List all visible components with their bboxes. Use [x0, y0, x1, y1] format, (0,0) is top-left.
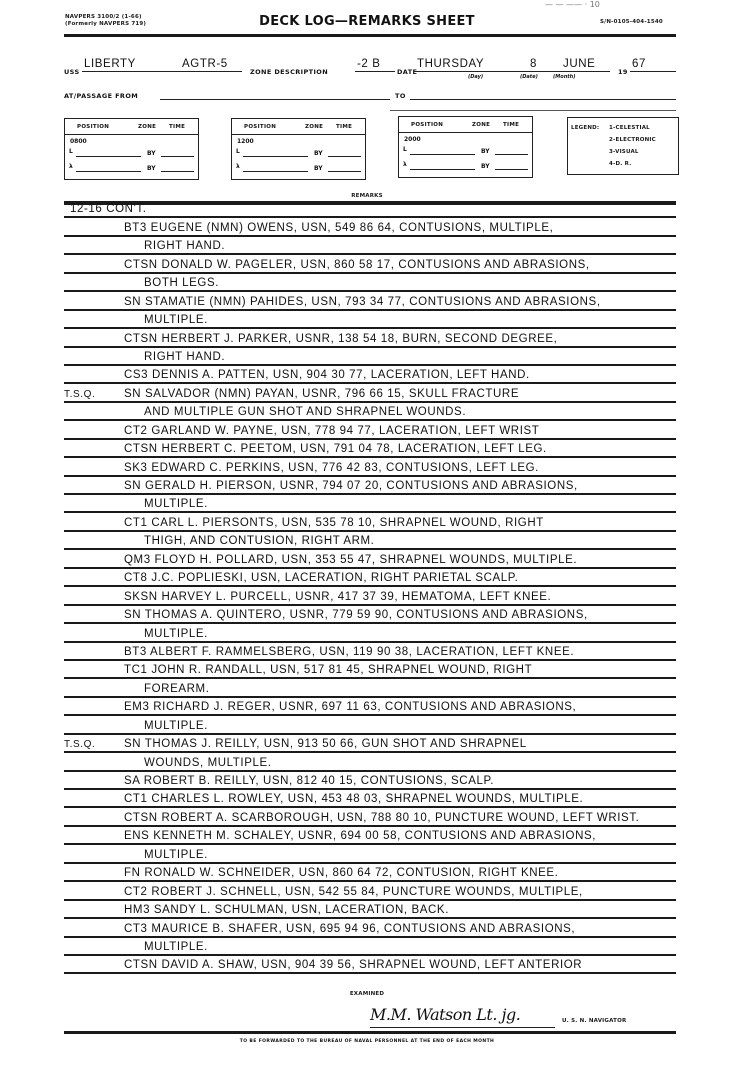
remark-line: TC1 JOHN R. RANDALL, USN, 517 81 45, SHR… [64, 661, 676, 679]
legend-box: LEGEND: 1-CELESTIAL 2-ELECTRONIC 3-VISUA… [567, 117, 679, 175]
remark-line: MULTIPLE. [64, 495, 676, 513]
year-value: 67 [632, 58, 646, 70]
remark-line: BOTH LEGS. [64, 274, 676, 292]
year-prefix: 19 [618, 68, 628, 76]
remark-text: SN THOMAS J. REILLY, USN, 913 50 66, GUN… [124, 738, 527, 750]
remark-line: RIGHT HAND. [64, 348, 676, 366]
stock-number: S/N-0105-404-1540 [600, 19, 663, 25]
remark-text: SN SALVADOR (NMN) PAYAN, USNR, 796 66 15… [124, 388, 519, 400]
remarks-heading: REMARKS [0, 193, 734, 199]
remark-line: CT3 MAURICE B. SHAFER, USN, 695 94 96, C… [64, 919, 676, 937]
position-box-0800: POSITION ZONE TIME 0800 LBY λBY [64, 118, 199, 180]
remark-text: RIGHT HAND. [144, 351, 225, 363]
remark-text: EM3 RICHARD J. REGER, USNR, 697 11 63, C… [124, 701, 576, 713]
remark-line: EM3 RICHARD J. REGER, USNR, 697 11 63, C… [64, 698, 676, 716]
remark-text: TC1 JOHN R. RANDALL, USN, 517 81 45, SHR… [124, 664, 532, 676]
remark-text: HM3 SANDY L. SCHULMAN, USN, LACERATION, … [124, 904, 449, 916]
remark-text: MULTIPLE. [144, 498, 208, 510]
passage-to-label: TO [395, 92, 406, 100]
remark-text: SN GERALD H. PIERSON, USNR, 794 07 20, C… [124, 480, 578, 492]
position-box-2000: POSITION ZONE TIME 2000 LBY λBY [398, 116, 533, 178]
remark-text: MULTIPLE. [144, 314, 208, 326]
examined-label: EXAMINED [0, 991, 734, 997]
legend-item: 2-ELECTRONIC [609, 137, 656, 143]
remark-text: CT1 CHARLES L. ROWLEY, USN, 453 48 03, S… [124, 793, 583, 805]
remark-line: CTSN HERBERT C. PEETOM, USN, 791 04 78, … [64, 440, 676, 458]
navigator-label: U. S. N. NAVIGATOR [562, 1018, 626, 1024]
remark-text: SKSN HARVEY L. PURCELL, USNR, 417 37 39,… [124, 591, 551, 603]
remark-text: THIGH, AND CONTUSION, RIGHT ARM. [144, 535, 374, 547]
remark-text: CT3 MAURICE B. SHAFER, USN, 695 94 96, C… [124, 923, 575, 935]
remark-text: SN STAMATIE (NMN) PAHIDES, USN, 793 34 7… [124, 296, 601, 308]
date-date: 8 [530, 58, 537, 70]
remark-line: MULTIPLE. [64, 311, 676, 329]
remark-text: SA ROBERT B. REILLY, USN, 812 40 15, CON… [124, 775, 494, 787]
remark-line: CT8 J.C. POPLIESKI, USN, LACERATION, RIG… [64, 569, 676, 587]
remark-line: SKSN HARVEY L. PURCELL, USNR, 417 37 39,… [64, 587, 676, 605]
remark-text: CTSN ROBERT A. SCARBOROUGH, USN, 788 80 … [124, 812, 639, 824]
remark-text: MULTIPLE. [144, 941, 208, 953]
legend-title: LEGEND: [571, 125, 599, 131]
position-time: 1200 [237, 138, 254, 145]
remark-text: MULTIPLE. [144, 849, 208, 861]
remark-line: MULTIPLE. [64, 938, 676, 956]
remark-line: QM3 FLOYD H. POLLARD, USN, 353 55 47, SH… [64, 550, 676, 568]
position-time: 2000 [404, 136, 421, 143]
passage-from-field [160, 86, 390, 100]
remark-text: CT1 CARL L. PIERSONTS, USN, 535 78 10, S… [124, 517, 544, 529]
remark-text: CTSN HERBERT J. PARKER, USNR, 138 54 18,… [124, 333, 557, 345]
remark-text: ENS KENNETH M. SCHALEY, USNR, 694 00 58,… [124, 830, 596, 842]
remark-line: CS3 DENNIS A. PATTEN, USN, 904 30 77, LA… [64, 366, 676, 384]
zone-description-label: ZONE DESCRIPTION [250, 68, 328, 76]
remarks-list: 12-16 CON'T.BT3 EUGENE (NMN) OWENS, USN,… [64, 200, 676, 974]
remark-line: WOUNDS, MULTIPLE. [64, 753, 676, 771]
remark-text: QM3 FLOYD H. POLLARD, USN, 353 55 47, SH… [124, 554, 577, 566]
ship-name: LIBERTY [84, 58, 136, 70]
position-box-1200: POSITION ZONE TIME 1200 LBY λBY [231, 118, 366, 180]
remark-text: AND MULTIPLE GUN SHOT AND SHRAPNEL WOUND… [144, 406, 466, 418]
remark-line: MULTIPLE. [64, 845, 676, 863]
remark-line: CT2 GARLAND W. PAYNE, USN, 778 94 77, LA… [64, 421, 676, 439]
passage-from-label: AT/PASSAGE FROM [64, 92, 138, 100]
remark-line: CT1 CHARLES L. ROWLEY, USN, 453 48 03, S… [64, 790, 676, 808]
remark-text: FOREARM. [144, 683, 210, 695]
remark-text: 12-16 CON'T. [70, 203, 147, 215]
zone-description-field: -2 B [355, 58, 395, 72]
remark-text: FN RONALD W. SCHNEIDER, USN, 860 64 72, … [124, 867, 558, 879]
remark-line: T.S.Q.SN SALVADOR (NMN) PAYAN, USNR, 796… [64, 384, 676, 402]
navigator-signature: M.M. Watson Lt. jg. [370, 1005, 555, 1028]
date-month: JUNE [563, 58, 595, 70]
remark-text: SN THOMAS A. QUINTERO, USNR, 779 59 90, … [124, 609, 588, 621]
remark-text: CT2 ROBERT J. SCHNELL, USN, 542 55 84, P… [124, 886, 583, 898]
header-divider [64, 34, 676, 37]
remark-line: FN RONALD W. SCHNEIDER, USN, 860 64 72, … [64, 864, 676, 882]
remark-line: MULTIPLE. [64, 624, 676, 642]
remark-line: THIGH, AND CONTUSION, RIGHT ARM. [64, 532, 676, 550]
page-corner-mark: — — —— · 10 [545, 0, 725, 8]
position-time: 0800 [70, 138, 87, 145]
remark-text: CTSN DAVID A. SHAW, USN, 904 39 56, SHRA… [124, 959, 582, 971]
remark-line: CTSN DONALD W. PAGELER, USN, 860 58 17, … [64, 255, 676, 273]
remark-text: CT2 GARLAND W. PAYNE, USN, 778 94 77, LA… [124, 425, 539, 437]
year-field: 67 [630, 58, 676, 72]
remark-line: CT1 CARL L. PIERSONTS, USN, 535 78 10, S… [64, 513, 676, 531]
legend-item: 1-CELESTIAL [609, 125, 650, 131]
footer-rule [64, 1031, 676, 1034]
remark-line: SK3 EDWARD C. PERKINS, USN, 776 42 83, C… [64, 458, 676, 476]
remark-line: SN GERALD H. PIERSON, USNR, 794 07 20, C… [64, 477, 676, 495]
date-caption: (Date) [520, 74, 538, 80]
remark-text: WOUNDS, MULTIPLE. [144, 757, 272, 769]
ruled-line [64, 972, 676, 974]
zone-description-value: -2 B [357, 58, 381, 70]
remark-line: CTSN DAVID A. SHAW, USN, 904 39 56, SHRA… [64, 956, 676, 974]
remark-text: CTSN DONALD W. PAGELER, USN, 860 58 17, … [124, 259, 590, 271]
remark-text: BT3 ALBERT F. RAMMELSBERG, USN, 119 90 3… [124, 646, 574, 658]
remark-line: CTSN ROBERT A. SCARBOROUGH, USN, 788 80 … [64, 808, 676, 826]
remark-line: HM3 SANDY L. SCHULMAN, USN, LACERATION, … [64, 901, 676, 919]
day-caption: (Day) [468, 74, 483, 80]
remark-line: RIGHT HAND. [64, 237, 676, 255]
date-day: THURSDAY [417, 58, 484, 70]
remark-line: BT3 EUGENE (NMN) OWENS, USN, 549 86 64, … [64, 218, 676, 236]
remark-line: AND MULTIPLE GUN SHOT AND SHRAPNEL WOUND… [64, 403, 676, 421]
header-thin-rule [390, 110, 676, 111]
remark-line: CTSN HERBERT J. PARKER, USNR, 138 54 18,… [64, 329, 676, 347]
remark-text: BT3 EUGENE (NMN) OWENS, USN, 549 86 64, … [124, 222, 553, 234]
remark-line: FOREARM. [64, 679, 676, 697]
remark-margin-note: T.S.Q. [64, 389, 95, 400]
remark-line: SA ROBERT B. REILLY, USN, 812 40 15, CON… [64, 772, 676, 790]
remark-text: SK3 EDWARD C. PERKINS, USN, 776 42 83, C… [124, 462, 539, 474]
remark-text: CT8 J.C. POPLIESKI, USN, LACERATION, RIG… [124, 572, 518, 584]
remark-text: MULTIPLE. [144, 628, 208, 640]
remark-text: MULTIPLE. [144, 720, 208, 732]
forwarding-instruction: TO BE FORWARDED TO THE BUREAU OF NAVAL P… [0, 1039, 734, 1044]
remark-line: BT3 ALBERT F. RAMMELSBERG, USN, 119 90 3… [64, 643, 676, 661]
remark-text: CTSN HERBERT C. PEETOM, USN, 791 04 78, … [124, 443, 547, 455]
remark-text: CS3 DENNIS A. PATTEN, USN, 904 30 77, LA… [124, 369, 530, 381]
remark-line: 12-16 CON'T. [64, 200, 676, 218]
date-field: THURSDAY 8 JUNE [415, 58, 610, 72]
remark-text: RIGHT HAND. [144, 240, 225, 252]
remark-text: BOTH LEGS. [144, 277, 219, 289]
remark-line: T.S.Q.SN THOMAS J. REILLY, USN, 913 50 6… [64, 735, 676, 753]
ship-name-field: LIBERTY AGTR-5 [82, 58, 242, 72]
legend-item: 3-VISUAL [609, 149, 639, 155]
remark-line: SN STAMATIE (NMN) PAHIDES, USN, 793 34 7… [64, 292, 676, 310]
remark-line: CT2 ROBERT J. SCHNELL, USN, 542 55 84, P… [64, 882, 676, 900]
month-caption: (Month) [553, 74, 576, 80]
remark-line: ENS KENNETH M. SCHALEY, USNR, 694 00 58,… [64, 827, 676, 845]
uss-label: USS [64, 68, 80, 76]
legend-item: 4-D. R. [609, 161, 632, 167]
passage-to-field [410, 86, 676, 100]
remark-line: MULTIPLE. [64, 716, 676, 734]
remark-margin-note: T.S.Q. [64, 739, 95, 750]
remark-line: SN THOMAS A. QUINTERO, USNR, 779 59 90, … [64, 606, 676, 624]
hull-number: AGTR-5 [182, 58, 228, 70]
